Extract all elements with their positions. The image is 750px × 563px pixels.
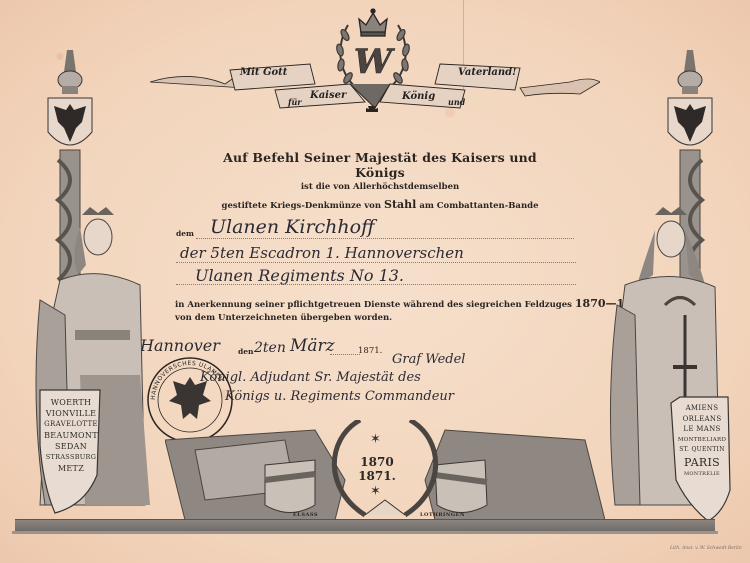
battle-name: ORLEANS bbox=[674, 414, 730, 425]
subtitle-band: am Combattanten-Bande bbox=[419, 201, 538, 211]
crown-icon bbox=[82, 207, 114, 215]
star-icon: ✶ bbox=[370, 484, 381, 499]
star-icon: ✶ bbox=[370, 432, 381, 447]
recipient-name: Ulanen Kirchhoff bbox=[210, 216, 375, 238]
signature-name: Graf Wedel bbox=[392, 352, 465, 367]
motto-kaiser: Kaiser bbox=[310, 90, 346, 101]
recipient-label: dem bbox=[176, 229, 194, 238]
battle-name: VIONVILLE bbox=[40, 408, 102, 419]
battle-name: SEDAN bbox=[40, 441, 102, 452]
date-month: März bbox=[290, 336, 335, 356]
ribbon-left-label: ELSASS bbox=[293, 512, 318, 518]
battle-name: ST. QUENTIN bbox=[674, 445, 730, 456]
ribbon-right-label: LOTHRINGEN bbox=[420, 512, 465, 518]
printer-mark: Lith. Anst. v. W. Schwedt Berlin bbox=[670, 546, 742, 551]
battle-name: STRASSBURG bbox=[40, 452, 102, 463]
date-den-label: den bbox=[238, 347, 253, 356]
wreath-year-1870: 1870 bbox=[352, 455, 402, 469]
signature-title-2: Königs u. Regiments Commandeur bbox=[225, 389, 454, 404]
date-day: 2ten bbox=[254, 340, 286, 356]
subtitle-line-2: gestiftete Kriegs-Denkmünze von Stahl am… bbox=[200, 198, 560, 211]
body-line-1: in Anerkennung seiner pflichtgetreuen Di… bbox=[175, 297, 647, 310]
subtitle-medal: gestiftete Kriegs-Denkmünze von bbox=[222, 201, 382, 211]
battle-name: WOERTH bbox=[40, 397, 102, 408]
coat-of-arms-left bbox=[265, 460, 315, 513]
coat-of-arms-right bbox=[435, 460, 487, 513]
motto-banner bbox=[150, 62, 600, 112]
motto-mit-gott: Mit Gott bbox=[240, 67, 287, 78]
wreath-years: 1870 1871. bbox=[352, 455, 402, 483]
battle-name: BEAUMONT bbox=[40, 430, 102, 441]
battle-name: AMIENS bbox=[674, 403, 730, 414]
fill-line-1 bbox=[196, 238, 574, 239]
body-line-2: von dem Unterzeichneten übergeben worden… bbox=[175, 313, 392, 323]
motto-vaterland: Vaterland! bbox=[458, 67, 517, 78]
battle-name: METZ bbox=[40, 463, 102, 474]
certificate-title: Auf Befehl Seiner Majestät des Kaisers u… bbox=[200, 150, 560, 180]
recipient-unit-1: der 5ten Escadron 1. Hannoverschen bbox=[180, 244, 464, 262]
subtitle-line-1: ist die von Allerhöchstdemselben bbox=[200, 182, 560, 192]
crown-icon bbox=[655, 207, 687, 215]
fill-line-2 bbox=[176, 262, 576, 263]
battle-name: PARIS bbox=[674, 456, 730, 469]
motto-koenig: König bbox=[402, 91, 435, 102]
recipient-unit-2: Ulanen Regiments No 13. bbox=[195, 266, 404, 285]
wreath-year-1871: 1871. bbox=[352, 469, 402, 483]
battle-name: LE MANS bbox=[674, 424, 730, 435]
eagle-icon bbox=[169, 377, 211, 419]
base-rule bbox=[12, 531, 718, 534]
right-shield-battles: AMIENS ORLEANS LE MANS MONTBELIARD ST. Q… bbox=[674, 403, 730, 479]
battle-name: MONTBELIARD bbox=[674, 435, 730, 446]
left-shield-battles: WOERTH VIONVILLE GRAVELOTTE BEAUMONT SED… bbox=[40, 397, 102, 474]
motto-und: und bbox=[448, 97, 465, 107]
body-text: in Anerkennung seiner pflichtgetreuen Di… bbox=[175, 300, 572, 310]
date-fill-line bbox=[330, 354, 360, 355]
motto-fuer: für bbox=[288, 97, 301, 107]
subtitle-stahl: Stahl bbox=[384, 198, 416, 211]
royal-crown-icon bbox=[359, 9, 387, 36]
battle-name: GRAVELOTTE bbox=[40, 419, 102, 430]
date-year: 1871. bbox=[358, 346, 382, 356]
battle-name: MONTRELIE bbox=[674, 469, 730, 480]
